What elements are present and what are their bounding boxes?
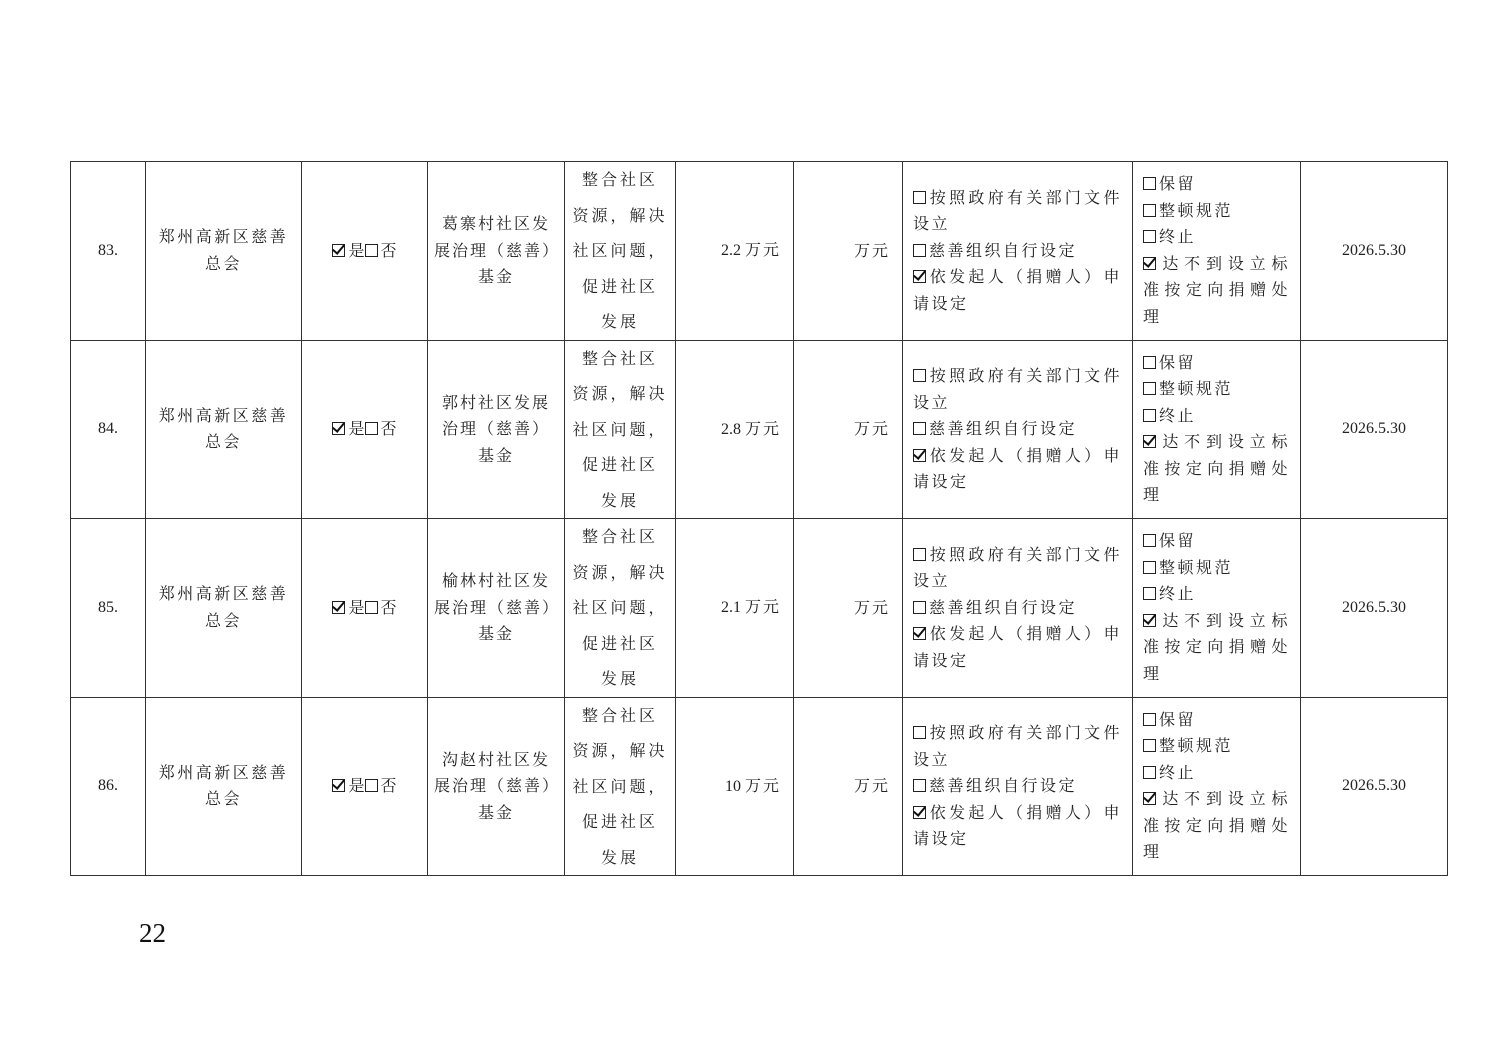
balance-cell: 万元 — [794, 162, 903, 341]
organization-line: 总会 — [158, 608, 289, 635]
handling-option: 达不到设立标准按定向捐赠处理 — [1143, 608, 1290, 688]
option-text: 设立 — [913, 571, 950, 590]
purpose-line: 资源，解决 — [571, 733, 669, 769]
checkbox[interactable] — [1143, 766, 1156, 779]
fund-name-line: 展治理（慈善） — [434, 595, 558, 622]
amount-value: 2.2 — [721, 242, 741, 259]
option-text: 理 — [1143, 307, 1162, 326]
option-text: 请设定 — [913, 472, 969, 491]
organization-line: 郑州高新区慈善 — [158, 224, 289, 251]
option-text: 达不到设立标 — [1159, 432, 1290, 451]
yes-label: 是 — [348, 419, 364, 438]
fund-name-line: 基金 — [434, 443, 558, 470]
option-text: 慈善组织自行设定 — [929, 598, 1077, 617]
basis-option: 依发起人（捐赠人）申请设定 — [913, 800, 1122, 853]
amount-cell: 2.8万元 — [676, 340, 794, 519]
row-number: 83. — [71, 162, 146, 341]
establishment-basis-cell: 按照政府有关部门文件设立慈善组织自行设定依发起人（捐赠人）申请设定 — [903, 340, 1133, 519]
checkbox[interactable] — [1143, 534, 1156, 547]
handling-option: 整顿规范 — [1143, 198, 1290, 225]
no-label: 否 — [381, 241, 397, 260]
amount-value: 10 — [725, 778, 741, 795]
option-text: 保留 — [1159, 353, 1196, 372]
option-text: 设立 — [913, 214, 950, 233]
option-text: 慈善组织自行设定 — [929, 241, 1077, 260]
no-checkbox[interactable] — [365, 601, 378, 614]
organization-cell: 郑州高新区慈善 总会 — [146, 340, 302, 519]
handling-option: 达不到设立标准按定向捐赠处理 — [1143, 429, 1290, 509]
option-text: 依发起人（捐赠人）申 — [929, 803, 1122, 822]
organization-line: 总会 — [158, 786, 289, 813]
no-label: 否 — [381, 419, 397, 438]
purpose-line: 社区问题， — [571, 769, 669, 805]
checkbox[interactable] — [913, 422, 926, 435]
option-text: 整顿规范 — [1159, 379, 1233, 398]
amount-unit: 万元 — [745, 240, 781, 259]
row-number: 86. — [71, 697, 146, 876]
purpose-line: 资源，解决 — [571, 198, 669, 234]
basis-option: 依发起人（捐赠人）申请设定 — [913, 264, 1122, 317]
option-text: 达不到设立标 — [1159, 254, 1290, 273]
handling-option: 终止 — [1143, 403, 1290, 430]
balance-cell: 万元 — [794, 340, 903, 519]
checkbox[interactable] — [913, 449, 926, 462]
amount-cell: 10万元 — [676, 697, 794, 876]
basis-option: 慈善组织自行设定 — [913, 595, 1122, 622]
establishment-basis-cell: 按照政府有关部门文件设立慈善组织自行设定依发起人（捐赠人）申请设定 — [903, 697, 1133, 876]
yes-no-cell: 是否 — [302, 162, 428, 341]
establishment-basis-cell: 按照政府有关部门文件设立慈善组织自行设定依发起人（捐赠人）申请设定 — [903, 519, 1133, 698]
fund-name-line: 榆林村社区发 — [434, 568, 558, 595]
handling-option: 整顿规范 — [1143, 555, 1290, 582]
yes-no-cell: 是否 — [302, 519, 428, 698]
yes-label: 是 — [348, 776, 364, 795]
fund-name-line: 治理（慈善） — [434, 416, 558, 443]
checkbox[interactable] — [1143, 257, 1156, 270]
organization-line: 总会 — [158, 429, 289, 456]
option-text: 请设定 — [913, 651, 969, 670]
fund-name-line: 基金 — [434, 621, 558, 648]
checkbox[interactable] — [913, 779, 926, 792]
handling-option: 保留 — [1143, 171, 1290, 198]
organization-line: 郑州高新区慈善 — [158, 581, 289, 608]
handling-option: 达不到设立标准按定向捐赠处理 — [1143, 251, 1290, 331]
amount-unit: 万元 — [745, 597, 781, 616]
purpose-line: 资源，解决 — [571, 376, 669, 412]
balance-unit: 万元 — [854, 776, 890, 795]
balance-cell: 万元 — [794, 519, 903, 698]
option-text: 依发起人（捐赠人）申 — [929, 267, 1122, 286]
option-text: 保留 — [1159, 174, 1196, 193]
purpose-line: 资源，解决 — [571, 555, 669, 591]
checkbox[interactable] — [913, 726, 926, 739]
purpose-line: 促进社区 — [571, 804, 669, 840]
purpose-line: 整合社区 — [571, 162, 669, 198]
handling-cell: 保留整顿规范终止达不到设立标准按定向捐赠处理 — [1133, 519, 1301, 698]
option-text: 准按定向捐赠处 — [1143, 459, 1290, 478]
option-text: 请设定 — [913, 294, 969, 313]
checkbox[interactable] — [913, 806, 926, 819]
amount-value: 2.1 — [721, 599, 741, 616]
purpose-line: 促进社区 — [571, 626, 669, 662]
deadline-date: 2026.5.30 — [1342, 420, 1406, 437]
purpose-line: 社区问题， — [571, 412, 669, 448]
no-checkbox[interactable] — [365, 422, 378, 435]
fund-name-line: 沟赵村社区发 — [434, 747, 558, 774]
organization-cell: 郑州高新区慈善 总会 — [146, 162, 302, 341]
checkbox[interactable] — [1143, 177, 1156, 190]
checkbox[interactable] — [1143, 230, 1156, 243]
fund-name-line: 郭村社区发展 — [434, 390, 558, 417]
purpose-line: 发展 — [571, 483, 669, 519]
no-checkbox[interactable] — [365, 779, 378, 792]
checkbox[interactable] — [913, 244, 926, 257]
table-row: 83. 郑州高新区慈善 总会 是否 葛寨村社区发展治理（慈善）基金 整合社区资源… — [71, 162, 1448, 341]
date-cell: 2026.5.30 — [1301, 162, 1448, 341]
no-label: 否 — [381, 776, 397, 795]
basis-option: 按照政府有关部门文件设立 — [913, 363, 1122, 416]
organization-cell: 郑州高新区慈善 总会 — [146, 519, 302, 698]
basis-option: 慈善组织自行设定 — [913, 773, 1122, 800]
basis-option: 慈善组织自行设定 — [913, 238, 1122, 265]
fund-name-cell: 榆林村社区发展治理（慈善）基金 — [428, 519, 565, 698]
amount-value: 2.8 — [721, 421, 741, 438]
fund-name-cell: 葛寨村社区发展治理（慈善）基金 — [428, 162, 565, 341]
purpose-line: 促进社区 — [571, 447, 669, 483]
date-cell: 2026.5.30 — [1301, 519, 1448, 698]
option-text: 按照政府有关部门文件 — [929, 545, 1122, 564]
organization-line: 郑州高新区慈善 — [158, 403, 289, 430]
checkbox[interactable] — [1143, 561, 1156, 574]
table-row: 84. 郑州高新区慈善 总会 是否 郭村社区发展治理（慈善）基金 整合社区资源，… — [71, 340, 1448, 519]
balance-unit: 万元 — [854, 241, 890, 260]
handling-option: 达不到设立标准按定向捐赠处理 — [1143, 786, 1290, 866]
amount-unit: 万元 — [745, 419, 781, 438]
yes-checkbox[interactable] — [332, 779, 345, 792]
purpose-line: 发展 — [571, 840, 669, 876]
deadline-date: 2026.5.30 — [1342, 599, 1406, 616]
option-text: 终止 — [1159, 406, 1196, 425]
basis-option: 慈善组织自行设定 — [913, 416, 1122, 443]
option-text: 理 — [1143, 842, 1162, 861]
checkbox[interactable] — [913, 191, 926, 204]
fund-name-line: 基金 — [434, 800, 558, 827]
table-body: 83. 郑州高新区慈善 总会 是否 葛寨村社区发展治理（慈善）基金 整合社区资源… — [71, 162, 1448, 876]
option-text: 按照政府有关部门文件 — [929, 366, 1122, 385]
handling-option: 保留 — [1143, 528, 1290, 555]
amount-cell: 2.2万元 — [676, 162, 794, 341]
checkbox[interactable] — [913, 627, 926, 640]
deadline-date: 2026.5.30 — [1342, 242, 1406, 259]
row-number: 84. — [71, 340, 146, 519]
checkbox[interactable] — [1143, 382, 1156, 395]
date-cell: 2026.5.30 — [1301, 697, 1448, 876]
purpose-line: 整合社区 — [571, 519, 669, 555]
option-text: 慈善组织自行设定 — [929, 419, 1077, 438]
purpose-line: 社区问题， — [571, 233, 669, 269]
basis-option: 按照政府有关部门文件设立 — [913, 542, 1122, 595]
option-text: 依发起人（捐赠人）申 — [929, 446, 1122, 465]
checkbox[interactable] — [1143, 713, 1156, 726]
row-number: 85. — [71, 519, 146, 698]
option-text: 保留 — [1159, 710, 1196, 729]
checkbox[interactable] — [913, 548, 926, 561]
handling-option: 整顿规范 — [1143, 376, 1290, 403]
option-text: 整顿规范 — [1159, 558, 1233, 577]
option-text: 终止 — [1159, 227, 1196, 246]
handling-option: 保留 — [1143, 350, 1290, 377]
balance-unit: 万元 — [854, 598, 890, 617]
checkbox[interactable] — [1143, 739, 1156, 752]
handling-option: 终止 — [1143, 760, 1290, 787]
purpose-line: 整合社区 — [571, 341, 669, 377]
organization-line: 郑州高新区慈善 — [158, 760, 289, 787]
yes-checkbox[interactable] — [332, 601, 345, 614]
option-text: 理 — [1143, 664, 1162, 683]
table-row: 85. 郑州高新区慈善 总会 是否 榆林村社区发展治理（慈善）基金 整合社区资源… — [71, 519, 1448, 698]
purpose-line: 促进社区 — [571, 269, 669, 305]
basis-option: 按照政府有关部门文件设立 — [913, 720, 1122, 773]
yes-checkbox[interactable] — [332, 244, 345, 257]
amount-cell: 2.1万元 — [676, 519, 794, 698]
purpose-cell: 整合社区资源，解决社区问题，促进社区发展 — [565, 697, 676, 876]
fund-name-cell: 沟赵村社区发展治理（慈善）基金 — [428, 697, 565, 876]
option-text: 达不到设立标 — [1159, 611, 1290, 630]
checkbox[interactable] — [913, 369, 926, 382]
fund-name-cell: 郭村社区发展治理（慈善）基金 — [428, 340, 565, 519]
yes-label: 是 — [348, 241, 364, 260]
basis-option: 按照政府有关部门文件设立 — [913, 185, 1122, 238]
fund-name-line: 展治理（慈善） — [434, 773, 558, 800]
purpose-line: 发展 — [571, 661, 669, 697]
date-cell: 2026.5.30 — [1301, 340, 1448, 519]
checkbox[interactable] — [1143, 587, 1156, 600]
handling-option: 终止 — [1143, 581, 1290, 608]
option-text: 整顿规范 — [1159, 201, 1233, 220]
establishment-basis-cell: 按照政府有关部门文件设立慈善组织自行设定依发起人（捐赠人）申请设定 — [903, 162, 1133, 341]
yes-no-cell: 是否 — [302, 697, 428, 876]
fund-name-line: 葛寨村社区发 — [434, 211, 558, 238]
deadline-date: 2026.5.30 — [1342, 777, 1406, 794]
page-number: 22 — [139, 918, 166, 949]
option-text: 请设定 — [913, 829, 969, 848]
fund-name-line: 基金 — [434, 264, 558, 291]
handling-cell: 保留整顿规范终止达不到设立标准按定向捐赠处理 — [1133, 697, 1301, 876]
purpose-line: 社区问题， — [571, 590, 669, 626]
checkbox[interactable] — [1143, 204, 1156, 217]
checkbox[interactable] — [1143, 435, 1156, 448]
option-text: 准按定向捐赠处 — [1143, 816, 1290, 835]
balance-unit: 万元 — [854, 419, 890, 438]
purpose-cell: 整合社区资源，解决社区问题，促进社区发展 — [565, 162, 676, 341]
option-text: 慈善组织自行设定 — [929, 776, 1077, 795]
option-text: 设立 — [913, 750, 950, 769]
organization-cell: 郑州高新区慈善 总会 — [146, 697, 302, 876]
handling-option: 保留 — [1143, 707, 1290, 734]
yes-label: 是 — [348, 598, 364, 617]
handling-option: 终止 — [1143, 224, 1290, 251]
yes-checkbox[interactable] — [332, 422, 345, 435]
purpose-cell: 整合社区资源，解决社区问题，促进社区发展 — [565, 519, 676, 698]
table-row: 86. 郑州高新区慈善 总会 是否 沟赵村社区发展治理（慈善）基金 整合社区资源… — [71, 697, 1448, 876]
purpose-line: 发展 — [571, 304, 669, 340]
option-text: 准按定向捐赠处 — [1143, 637, 1290, 656]
checkbox[interactable] — [1143, 614, 1156, 627]
option-text: 按照政府有关部门文件 — [929, 188, 1122, 207]
checkbox[interactable] — [1143, 356, 1156, 369]
checkbox[interactable] — [1143, 409, 1156, 422]
checkbox[interactable] — [913, 270, 926, 283]
handling-option: 整顿规范 — [1143, 733, 1290, 760]
basis-option: 依发起人（捐赠人）申请设定 — [913, 443, 1122, 496]
option-text: 理 — [1143, 485, 1162, 504]
handling-cell: 保留整顿规范终止达不到设立标准按定向捐赠处理 — [1133, 340, 1301, 519]
option-text: 保留 — [1159, 531, 1196, 550]
option-text: 准按定向捐赠处 — [1143, 280, 1290, 299]
purpose-cell: 整合社区资源，解决社区问题，促进社区发展 — [565, 340, 676, 519]
purpose-line: 整合社区 — [571, 698, 669, 734]
organization-line: 总会 — [158, 251, 289, 278]
option-text: 终止 — [1159, 584, 1196, 603]
amount-unit: 万元 — [745, 776, 781, 795]
checkbox[interactable] — [913, 601, 926, 614]
option-text: 依发起人（捐赠人）申 — [929, 624, 1122, 643]
option-text: 整顿规范 — [1159, 736, 1233, 755]
checkbox[interactable] — [1143, 792, 1156, 805]
balance-cell: 万元 — [794, 697, 903, 876]
handling-cell: 保留整顿规范终止达不到设立标准按定向捐赠处理 — [1133, 162, 1301, 341]
no-checkbox[interactable] — [365, 244, 378, 257]
option-text: 达不到设立标 — [1159, 789, 1290, 808]
yes-no-cell: 是否 — [302, 340, 428, 519]
option-text: 终止 — [1159, 763, 1196, 782]
charity-fund-table: 83. 郑州高新区慈善 总会 是否 葛寨村社区发展治理（慈善）基金 整合社区资源… — [70, 161, 1448, 876]
no-label: 否 — [381, 598, 397, 617]
basis-option: 依发起人（捐赠人）申请设定 — [913, 621, 1122, 674]
option-text: 设立 — [913, 393, 950, 412]
fund-name-line: 展治理（慈善） — [434, 238, 558, 265]
option-text: 按照政府有关部门文件 — [929, 723, 1122, 742]
